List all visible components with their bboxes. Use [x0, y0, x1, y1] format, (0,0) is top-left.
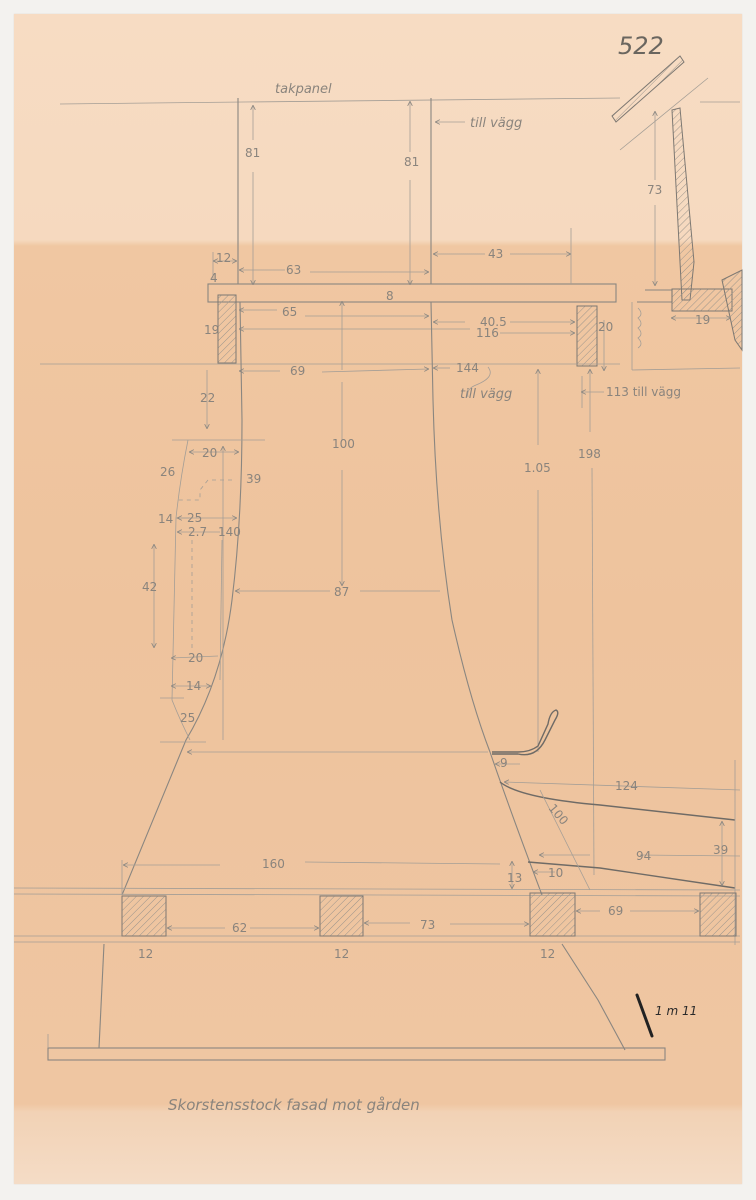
- dim-2-7: 2.7: [188, 525, 207, 539]
- dim-62: 62: [232, 921, 247, 935]
- dim-12-beam-2: 12: [334, 947, 349, 961]
- dim-13: 13: [507, 871, 522, 885]
- dim-12-beam-3: 12: [540, 947, 555, 961]
- dim-20-bottom: 20: [188, 651, 203, 665]
- dim-14-b: 14: [186, 679, 201, 693]
- dim-124: 124: [615, 779, 638, 793]
- dim-81-right: 81: [404, 155, 419, 169]
- dim-39: 39: [246, 472, 261, 486]
- dim-100-slope: 100: [546, 801, 571, 828]
- dim-39-roof: 39: [713, 843, 728, 857]
- dim-100: 100: [332, 437, 355, 451]
- dim-160: 160: [262, 857, 285, 871]
- sheet-number: 522: [618, 32, 664, 60]
- dim-94: 94: [636, 849, 651, 863]
- dim-19-detail: 19: [695, 313, 710, 327]
- dim-22: 22: [200, 391, 215, 405]
- dim-1-05: 1.05: [524, 461, 551, 475]
- dim-19: 19: [204, 323, 219, 337]
- dim-73: 73: [647, 183, 662, 197]
- dim-81-left: 81: [245, 146, 260, 160]
- label-113-to-wall: 113 till vägg: [606, 385, 681, 399]
- dim-4: 4: [210, 271, 218, 285]
- scale-note: 1 m 11: [655, 1004, 697, 1018]
- dim-8: 8: [386, 289, 394, 303]
- dim-140: 140: [218, 525, 241, 539]
- dim-69: 69: [290, 364, 305, 378]
- dim-12-beam-1: 12: [138, 947, 153, 961]
- dim-14-a: 14: [158, 512, 173, 526]
- dim-43: 43: [488, 247, 503, 261]
- annotation-layer: 522 takpanel till vägg 81 81 73 12 4 63 …: [0, 0, 756, 1200]
- dim-9: 9: [500, 756, 508, 770]
- dim-20-right: 20: [598, 320, 613, 334]
- label-ceiling-panel: takpanel: [275, 82, 332, 97]
- dim-20-top: 20: [202, 446, 217, 460]
- dim-198: 198: [578, 447, 601, 461]
- dim-144: 144: [456, 361, 479, 375]
- dim-65: 65: [282, 305, 297, 319]
- dim-12-top: 12: [216, 251, 231, 265]
- label-to-wall-top: till vägg: [470, 116, 522, 131]
- dim-87: 87: [334, 585, 349, 599]
- dim-25: 25: [187, 511, 202, 525]
- dim-26: 26: [160, 465, 175, 479]
- dim-73-beam: 73: [420, 918, 435, 932]
- dim-63: 63: [286, 263, 301, 277]
- dim-42: 42: [142, 580, 157, 594]
- dim-69-beam: 69: [608, 904, 623, 918]
- dim-116: 116: [476, 326, 499, 340]
- drawing-title: Skorstensstock fasad mot gården: [168, 1096, 420, 1114]
- dim-10: 10: [548, 866, 563, 880]
- dim-25-b: 25: [180, 711, 195, 725]
- label-to-wall-mid: till vägg: [460, 387, 512, 402]
